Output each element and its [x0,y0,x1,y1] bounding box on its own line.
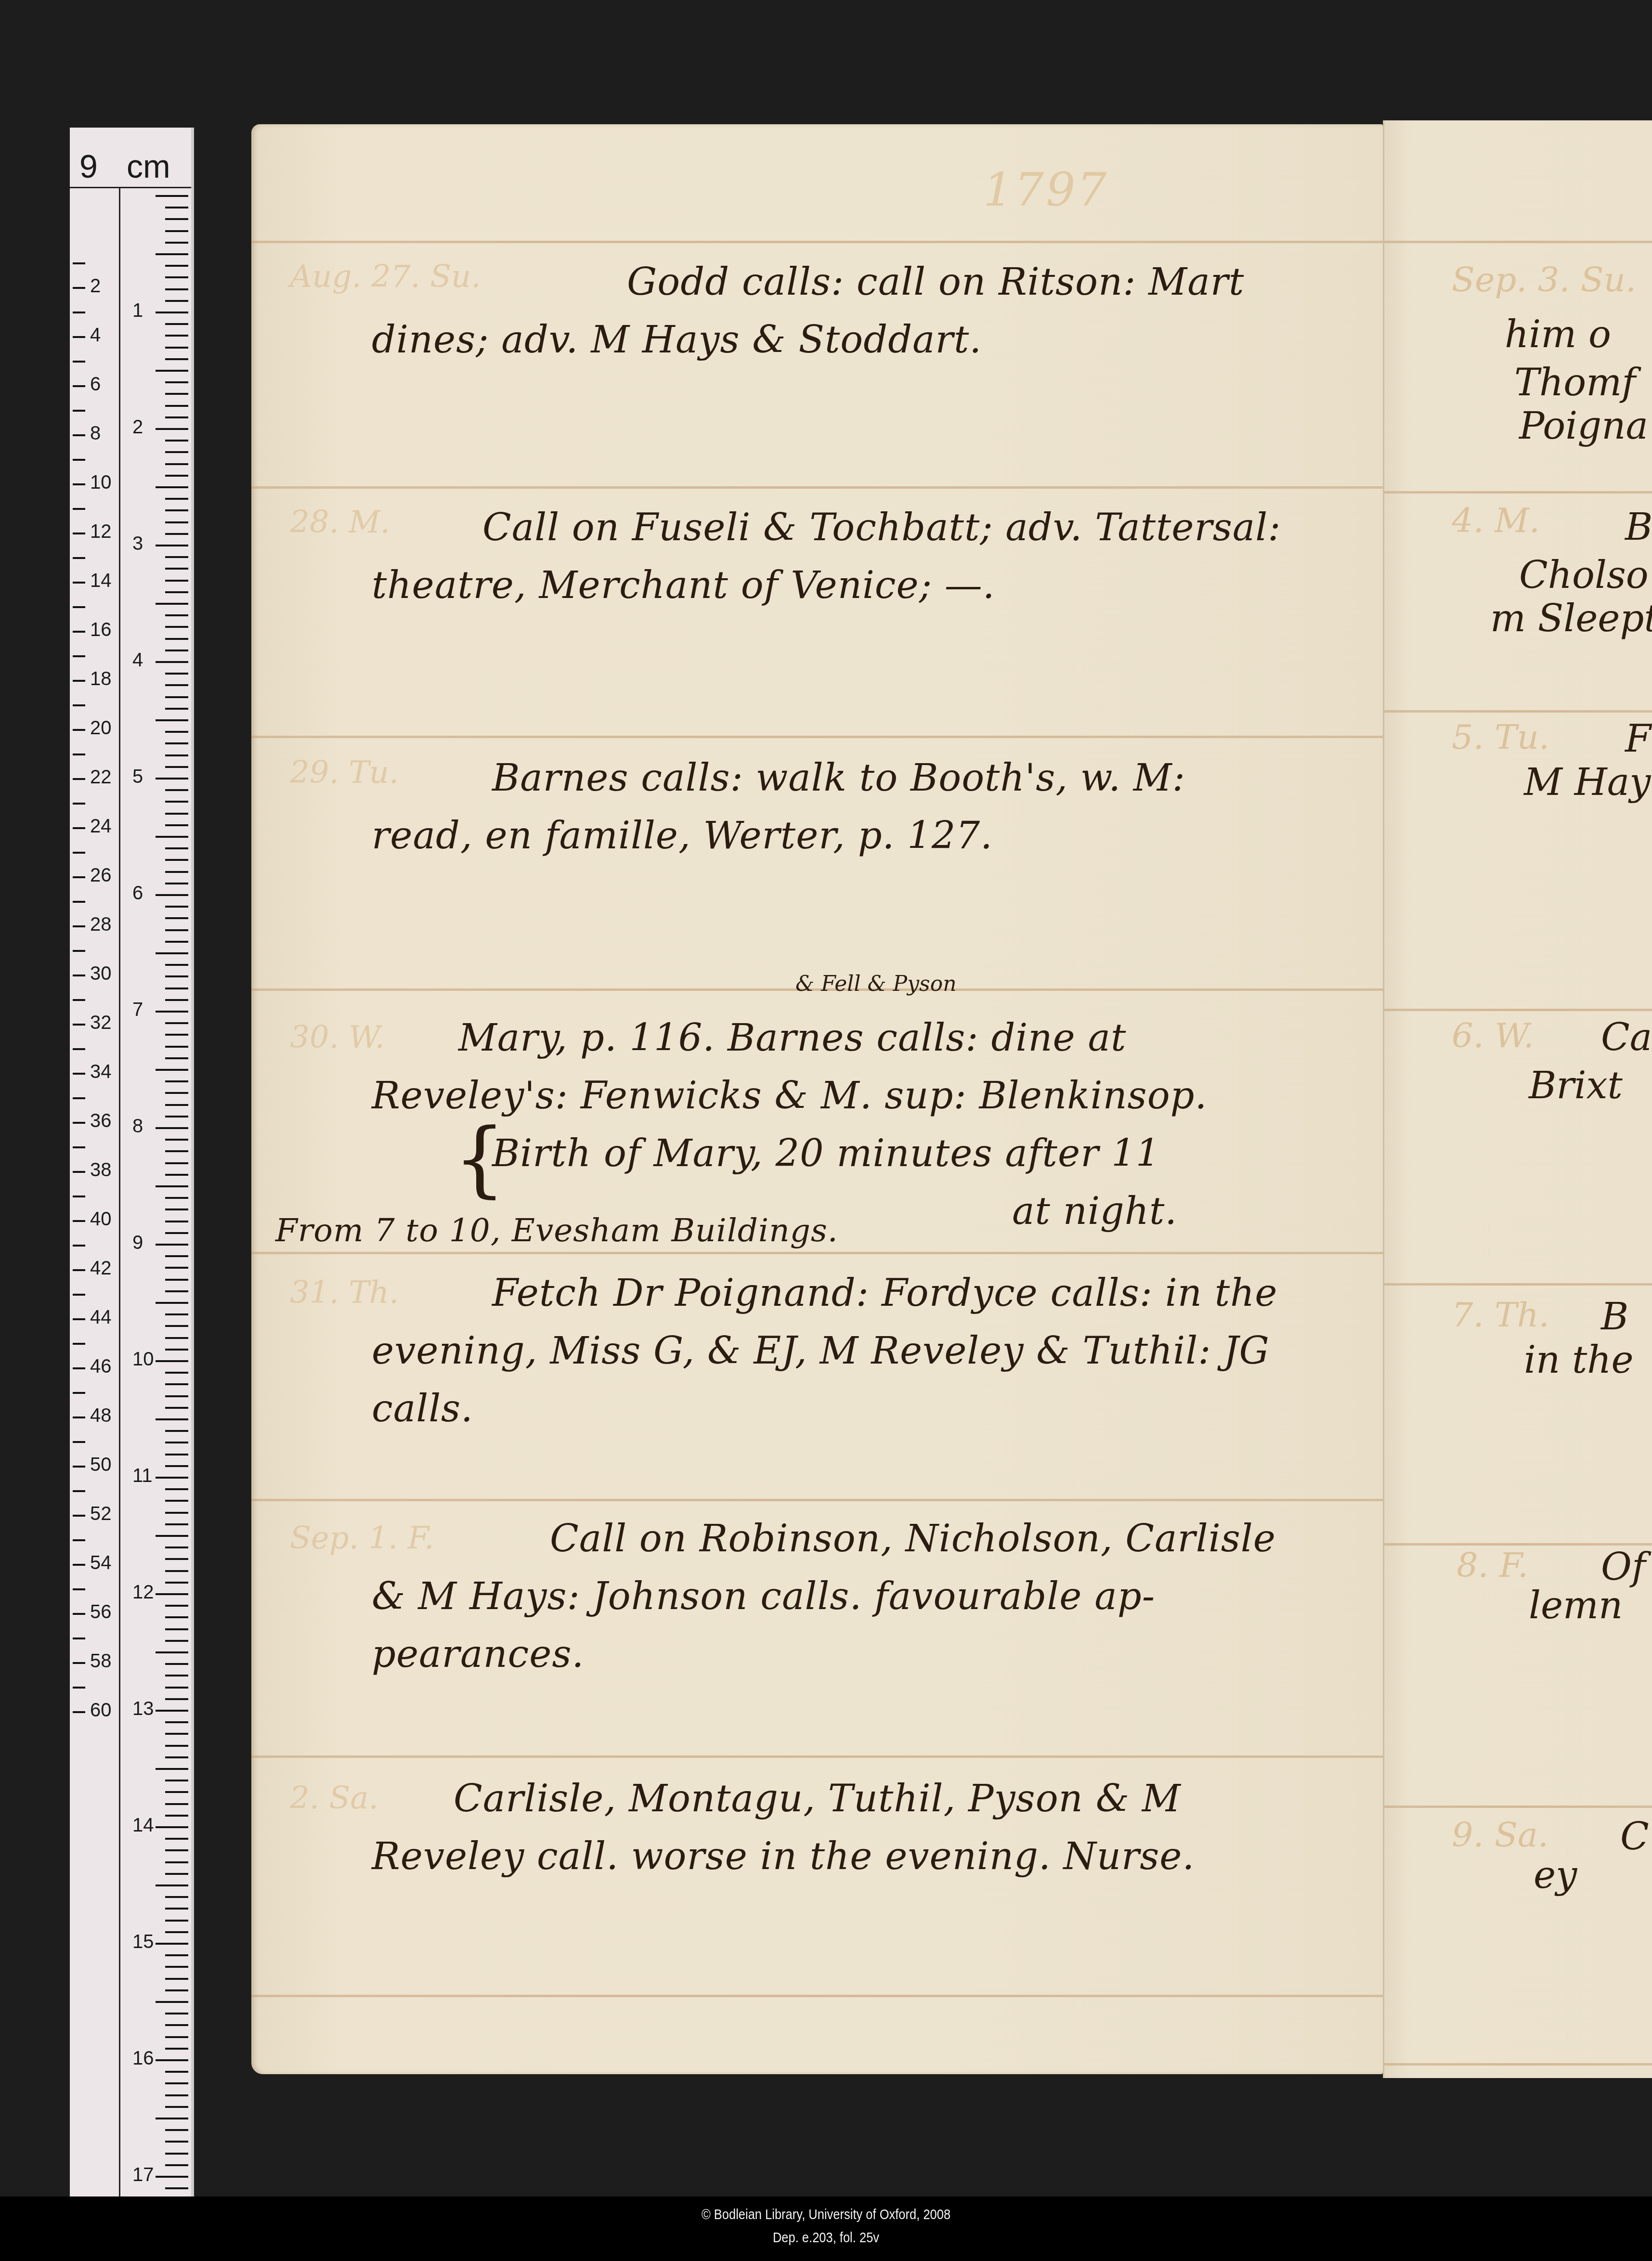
ruler-tick [73,1392,85,1394]
measurement-ruler: 9 cm 24681012141618202224262830323436384… [70,128,194,2196]
ruler-tick [165,335,188,337]
year-heading: 1797 [983,163,1108,217]
ruler-label: 18 [90,668,112,690]
ruler-tick [165,1931,188,1933]
ruler-tick [165,1080,188,1082]
ruler-tick [165,1383,188,1385]
entry-fragment: C [1620,1815,1649,1858]
ruler-label: 2 [90,275,101,297]
entry-fragment: Cholso [1519,554,1649,597]
entry-line: calls. [372,1381,473,1437]
entry-fragment: him o [1505,313,1611,356]
ruler-tick [165,754,188,756]
ruler-tick [73,1367,85,1369]
ruler-tick [156,603,188,605]
ruler-tick [165,1022,188,1024]
ruler-tick [73,262,85,264]
ruler-tick [165,393,188,395]
ruler-tick [165,1908,188,1910]
ruler-tick [165,1092,188,1094]
ruler-tick [73,925,85,927]
entry-line: pearances. [372,1626,584,1682]
ruler-tick [165,1046,188,1048]
ruler-tick [165,988,188,989]
ruler-tick [73,1195,85,1197]
ruler-label: 1 [132,300,143,322]
ruler-tick [73,1245,85,1247]
ruler-tick [165,1838,188,1840]
ruler-tick [73,901,85,903]
ruler-tick [156,1418,188,1420]
ruler-tick [165,847,188,849]
ruler-tick [165,871,188,873]
ruler-tick [165,708,188,710]
ruler-label: 16 [132,2048,154,2069]
ruler-label: 56 [90,1601,112,1623]
entry-fragment: m Sleept. [1490,597,1652,640]
ruler-label: 28 [90,914,112,936]
ruler-label: 26 [90,865,112,886]
ruler-tick [165,650,188,651]
ruled-line [251,241,1383,243]
ruler-tick [165,230,188,232]
ruler-tick [165,242,188,244]
ruler-label: 14 [90,570,112,592]
ruler-tick [165,1267,188,1269]
ruler-label: 58 [90,1650,112,1672]
entry-fragment: Poigna [1519,404,1648,448]
ruler-tick [165,1791,188,1793]
ruler-tick [156,719,188,721]
entry-fragment: lemn [1529,1584,1623,1627]
entry-line: Godd calls: call on Ritson: Mart [627,254,1244,310]
ruler-tick [165,207,188,208]
ruler-tick [156,2059,188,2061]
ruler-tick [73,361,85,363]
ruled-line [251,486,1383,489]
ruler-label: 14 [132,1815,154,1836]
ruler-tick [165,1920,188,1922]
ruler-tick [165,766,188,768]
ruler-tick [165,556,188,558]
ruler-tick [165,1523,188,1525]
ruler-tick [156,2118,188,2119]
ruler-tick [156,1535,188,1537]
ruler-header-number: 9 [79,148,98,185]
ruler-tick [73,459,85,461]
ruler-tick [165,1337,188,1339]
entry-date: 5. Tu. [1452,717,1549,757]
ruler-tick [73,655,85,657]
entry-date: 6. W. [1452,1016,1534,1055]
ruler-tick [165,1442,188,1443]
ruler-tick [156,253,188,255]
ruler-tick [73,999,85,1001]
ruler-label: 20 [90,717,112,739]
ruler-tick [73,754,85,755]
ruler-tick [165,1582,188,1584]
ruler-tick [165,1174,188,1176]
ruler-tick [165,1721,188,1723]
ruler-tick [165,1616,188,1618]
ruler-tick [156,312,188,313]
ruler-tick [165,1698,188,1700]
ruler-tick [165,1815,188,1817]
entry-line: Mary, p. 116. Barnes calls: dine at [458,1010,1126,1066]
ruler-tick [165,381,188,383]
ruler-tick [165,568,188,570]
ruler-label: 6 [90,374,101,395]
entry-date: 31. Th. [290,1275,399,1311]
ruler-tick [165,347,188,349]
ruler-tick [165,1057,188,1059]
ruled-line [1384,241,1652,243]
ruler-tick [165,1803,188,1805]
ruler-tick [165,964,188,966]
ruler-tick [165,1675,188,1676]
ruler-tick [156,1477,188,1479]
ruler-tick [73,1466,85,1468]
entry-line: Call on Fuseli & Tochbatt; adv. Tattersa… [482,500,1281,556]
ruler-label: 34 [90,1061,112,1083]
entry-date: 29. Tu. [290,755,399,791]
ruler-tick [73,1539,85,1541]
entry-line: theatre, Merchant of Venice; —. [372,558,995,613]
entry-line: Carlisle, Montagu, Tuthil, Pyson & M [454,1771,1181,1827]
entry-fragment: Ca [1601,1016,1652,1059]
ruler-tick [165,300,188,302]
ruler-tick [73,434,85,436]
ruler-tick [156,2176,188,2178]
ruler-tick [156,2001,188,2003]
entry-line: Fetch Dr Poignand: Fordyce calls: in the [492,1265,1277,1321]
ruler-tick [165,1104,188,1106]
ruler-tick [165,358,188,360]
ruler-tick [73,1097,85,1099]
ruler-tick [73,1711,85,1713]
entry-date: Sep. 3. Su. [1452,260,1636,299]
ruler-tick [165,1546,188,1548]
ruler-tick [165,999,188,1001]
ruler-tick [165,1395,188,1397]
ruler-tick [165,1232,188,1234]
ruler-label: 16 [90,619,112,641]
ruler-tick [73,1122,85,1124]
ruler-label: 4 [90,325,101,346]
ruler-tick [165,1756,188,1758]
ruler-tick [156,428,188,430]
ruler-tick [165,906,188,908]
ruler-tick [165,521,188,523]
ruler-tick [165,2153,188,2155]
ruler-tick [165,451,188,453]
ruler-tick [156,1011,188,1013]
ruler-tick [165,1663,188,1665]
ruler-label: 5 [132,766,143,788]
ruler-label: 36 [90,1110,112,1132]
ruler-tick [73,1416,85,1418]
ruler-label: 6 [132,883,143,904]
ruler-tick [73,803,85,805]
ruler-tick [165,1139,188,1141]
ruler-tick [73,1171,85,1173]
ruler-label: 12 [132,1582,154,1603]
entry-line: Call on Robinson, Nicholson, Carlisle [550,1511,1276,1567]
birth-note-line: Birth of Mary, 20 minutes after 11 [492,1126,1160,1182]
ruled-line [1384,1009,1652,1011]
ruler-tick [73,1687,85,1689]
ruler-label: 48 [90,1405,112,1427]
ruler-label: 2 [132,416,143,438]
ruler-tick [73,680,85,682]
ruled-line [251,1499,1383,1501]
ruler-label: 13 [132,1698,154,1720]
ruler-tick [165,1372,188,1374]
entry-fragment: B [1601,1295,1628,1338]
ruler-tick [73,827,85,829]
ruler-tick [165,2036,188,2038]
entry-date: 9. Sa. [1452,1815,1548,1855]
manuscript-page-right: Sep. 3. Su. him o Thomf Poigna 4. M. B C… [1383,120,1652,2078]
ruled-line [1384,710,1652,713]
ruler-tick [165,1325,188,1327]
ruler-tick [165,1861,188,1863]
entry-fragment: ey [1534,1854,1577,1897]
entry-fragment: in the [1524,1338,1634,1382]
ruler-tick [165,1978,188,1980]
ruled-line [251,736,1383,738]
ruler-tick [73,1220,85,1222]
ruler-label: 3 [132,533,143,555]
ruled-line [1384,1806,1652,1808]
ruler-tick [165,218,188,220]
ruler-tick [156,1710,188,1712]
entry-date: 28. M. [290,505,390,540]
ruler-tick [165,1512,188,1514]
ruler-tick [165,498,188,500]
ruler-tick [73,312,85,313]
ruled-line [251,1995,1383,1997]
ruler-tick [165,1733,188,1735]
ruler-tick [165,742,188,744]
ruler-tick [165,1954,188,1956]
ruler-tick [73,1613,85,1615]
ruler-tick [165,673,188,675]
ruler-tick [156,952,188,954]
entry-date: Sep. 1. F. [290,1520,434,1556]
ruler-tick [165,638,188,640]
ruled-line [1384,2063,1652,2066]
ruled-line [1384,491,1652,494]
ruler-label: 46 [90,1356,112,1377]
ruler-tick [165,731,188,733]
ruler-tick [73,778,85,780]
ruler-tick [73,704,85,706]
ruler-tick [165,1465,188,1467]
ruler-label: 4 [132,650,143,671]
ruler-tick [165,696,188,698]
ruler-tick [165,1430,188,1432]
ruler-tick [165,2024,188,2026]
ruler-tick [73,950,85,952]
ruler-tick [73,385,85,387]
ruler-tick [73,1441,85,1443]
entry-date: 7. Th. [1452,1295,1549,1335]
ruler-tick [165,533,188,535]
ruler-divider [119,188,120,2196]
ruler-tick [165,824,188,826]
ruler-tick [165,1313,188,1315]
ruler-tick [165,1628,188,1630]
ruler-tick [73,606,85,608]
ruler-tick [156,836,188,838]
ruler-tick [73,1343,85,1345]
ruler-tick [156,1826,188,1828]
ruler-header: 9 cm [70,128,191,188]
ruler-tick [165,440,188,442]
entry-line: Barnes calls: walk to Booth's, w. M: [492,750,1185,806]
ruler-tick [165,1500,188,1502]
ruler-tick [156,1884,188,1886]
ruler-tick [73,582,85,584]
ruler-tick [165,2106,188,2108]
entry-line: Reveley call. worse in the evening. Nurs… [372,1829,1195,1884]
ruler-tick [165,1407,188,1409]
ruler-tick [165,614,188,616]
ruler-tick [156,1360,188,1362]
ruler-label: 50 [90,1454,112,1476]
entry-date: 30. W. [290,1020,385,1055]
entry-fragment: M Hay [1524,761,1651,804]
ruler-tick [165,1116,188,1118]
entry-line: read, en famille, Werter, p. 127. [372,808,993,864]
ruler-tick [156,1768,188,1770]
ruler-tick [165,1255,188,1257]
ruler-tick [165,1208,188,1210]
ruler-tick [73,1048,85,1050]
ruler-tick [165,1896,188,1898]
ruler-tick [73,483,85,485]
ruler-tick [165,1989,188,1991]
ruler-tick [165,626,188,628]
ruler-tick [165,1558,188,1560]
ruler-tick [156,545,188,546]
ruler-label: 10 [132,1349,154,1370]
entry-fragment: Of [1601,1546,1646,1589]
ruler-tick [165,416,188,418]
ruler-tick [165,2048,188,2050]
ruler-tick [165,509,188,511]
ruler-tick [165,1162,188,1164]
ruler-tick [156,195,188,197]
ruler-tick [165,1966,188,1968]
shelfmark-text: Dep. e.203, fol. 25v [124,2226,1528,2249]
ruler-tick [165,1605,188,1607]
ruler-label: 60 [90,1700,112,1721]
ruler-label: 12 [90,521,112,543]
ruler-label: 24 [90,816,112,837]
ruler-tick [73,1294,85,1296]
ruled-line [1384,1283,1652,1286]
ruler-tick [156,1069,188,1071]
ruler-tick [165,1349,188,1351]
ruler-tick [165,405,188,407]
ruler-tick [165,2082,188,2084]
ruler-tick [73,1564,85,1566]
ruler-tick [73,533,85,534]
ruler-tick [73,1146,85,1148]
ruler-tick [156,1127,188,1129]
ruler-tick [165,580,188,582]
ruled-line [251,1755,1383,1758]
ruler-label: 7 [132,999,143,1021]
ruler-tick [165,2129,188,2131]
interlinear-insertion: & Fell & Pyson [795,972,956,996]
ruler-tick [165,2164,188,2166]
ruler-label: 38 [90,1159,112,1181]
ruler-tick [165,883,188,884]
ruler-tick [165,265,188,267]
ruler-tick [156,661,188,663]
ruler-tick [73,1073,85,1075]
ruler-tick [73,852,85,854]
ruler-tick [165,1221,188,1222]
ruler-tick [165,1570,188,1572]
ruler-tick [165,2187,188,2189]
ruler-tick [165,801,188,803]
entry-date: 8. F. [1457,1546,1528,1585]
ruler-tick [165,463,188,465]
ruler-tick [73,1024,85,1026]
ruler-tick [73,1515,85,1517]
ruler-tick [156,1302,188,1304]
ruler-tick [73,1318,85,1320]
ruler-tick [165,591,188,593]
ruler-tick [165,1454,188,1455]
entry-fragment: F [1625,717,1651,761]
ruler-tick [165,859,188,861]
ruler-tick [156,778,188,780]
ruler-label: 10 [90,472,112,494]
entry-date: 4. M. [1452,501,1540,540]
ruler-tick [165,941,188,943]
birth-note-line: at night. [1012,1183,1177,1239]
entry-date: Aug. 27. Su. [290,259,481,295]
ruler-tick [165,1687,188,1689]
ruler-tick [156,1943,188,1945]
ruler-label: 52 [90,1503,112,1525]
ruler-tick [156,1651,188,1653]
ruler-tick [156,1244,188,1246]
entry-date: 2. Sa. [290,1780,378,1816]
ruler-tick [73,631,85,633]
ruler-tick [165,1150,188,1152]
ruler-tick [156,1185,188,1187]
ruler-tick [165,684,188,686]
ruler-tick [156,1593,188,1595]
ruler-label: 8 [132,1116,143,1137]
ruler-tick [165,1290,188,1292]
entry-line: evening, Miss G, & EJ, M Reveley & Tuthi… [372,1323,1270,1379]
ruler-label: 22 [90,767,112,788]
ruler-tick [73,729,85,731]
entry-line: & M Hays: Johnson calls. favourable ap- [372,1569,1155,1624]
ruler-tick [165,2013,188,2014]
copyright-text: © Bodleian Library, University of Oxford… [124,2203,1528,2226]
ruler-tick [73,410,85,412]
ruler-label: 15 [132,1931,154,1953]
ruler-tick [165,929,188,931]
